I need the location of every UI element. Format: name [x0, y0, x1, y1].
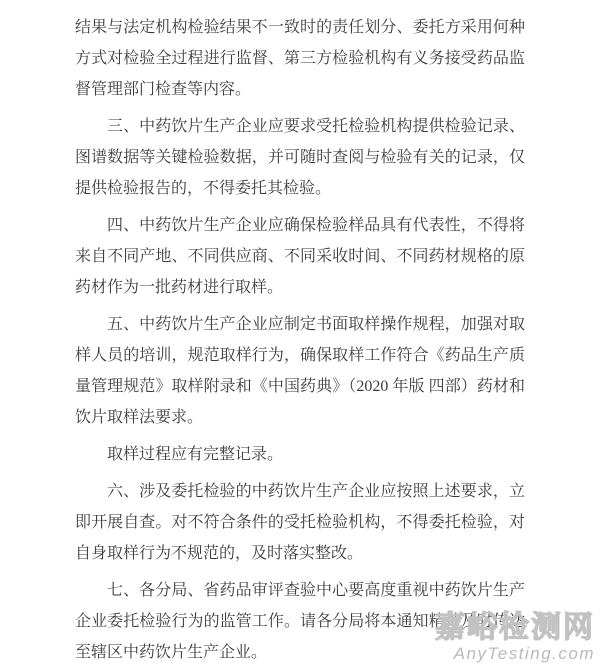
- paragraph-item-3: 三、中药饮片生产企业应要求受托检验机构提供检验记录、图谱数据等关键检验数据，并可…: [75, 111, 525, 204]
- paragraph-item-4: 四、中药饮片生产企业应确保检验样品具有代表性，不得将来自不同产地、不同供应商、不…: [75, 210, 525, 303]
- document-page: 结果与法定机构检验结果不一致时的责任划分、委托方采用何种方式对检验全过程进行监督…: [0, 0, 600, 671]
- document-body: 结果与法定机构检验结果不一致时的责任划分、委托方采用何种方式对检验全过程进行监督…: [75, 12, 525, 671]
- paragraph-item-6: 六、涉及委托检验的中药饮片生产企业应按照上述要求，立即开展自查。对不符合条件的受…: [75, 476, 525, 569]
- paragraph-sampling-record: 取样过程应有完整记录。: [75, 439, 525, 470]
- paragraph-item-5: 五、中药饮片生产企业应制定书面取样操作规程，加强对取样人员的培训，规范取样行为，…: [75, 309, 525, 433]
- paragraph-item-7: 七、各分局、省药品审评查验中心要高度重视中药饮片生产企业委托检验行为的监管工作。…: [75, 575, 525, 668]
- paragraph-continuation: 结果与法定机构检验结果不一致时的责任划分、委托方采用何种方式对检验全过程进行监督…: [75, 12, 525, 105]
